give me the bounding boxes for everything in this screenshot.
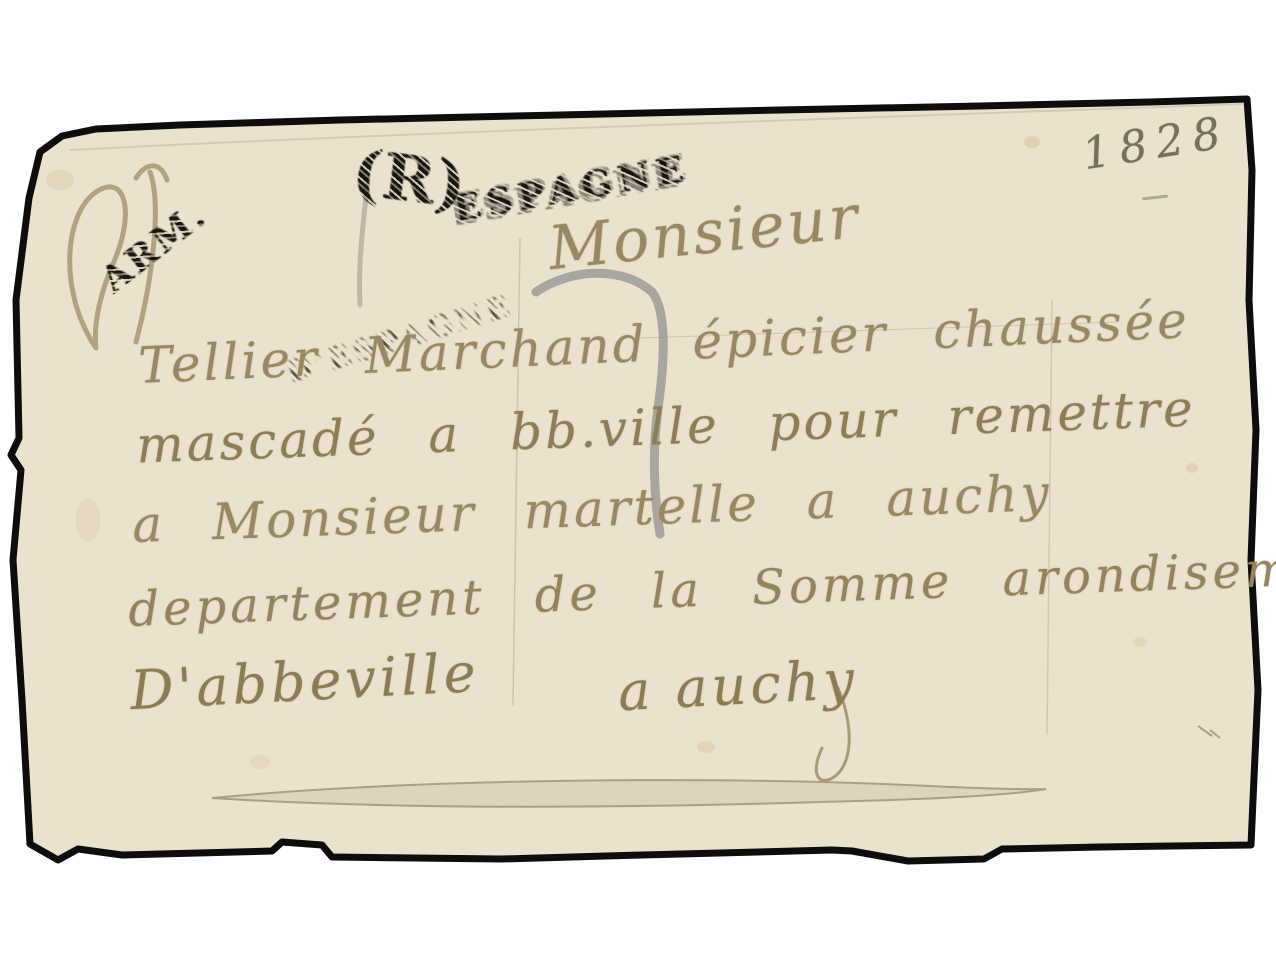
- registration-handstamp: (R): [348, 135, 470, 223]
- address-line-destination: a auchy: [617, 648, 860, 723]
- letter-cover-photo: (R) ESPAGNE ARM. D'ESPAGNE 1828 Monsieur…: [0, 0, 1276, 956]
